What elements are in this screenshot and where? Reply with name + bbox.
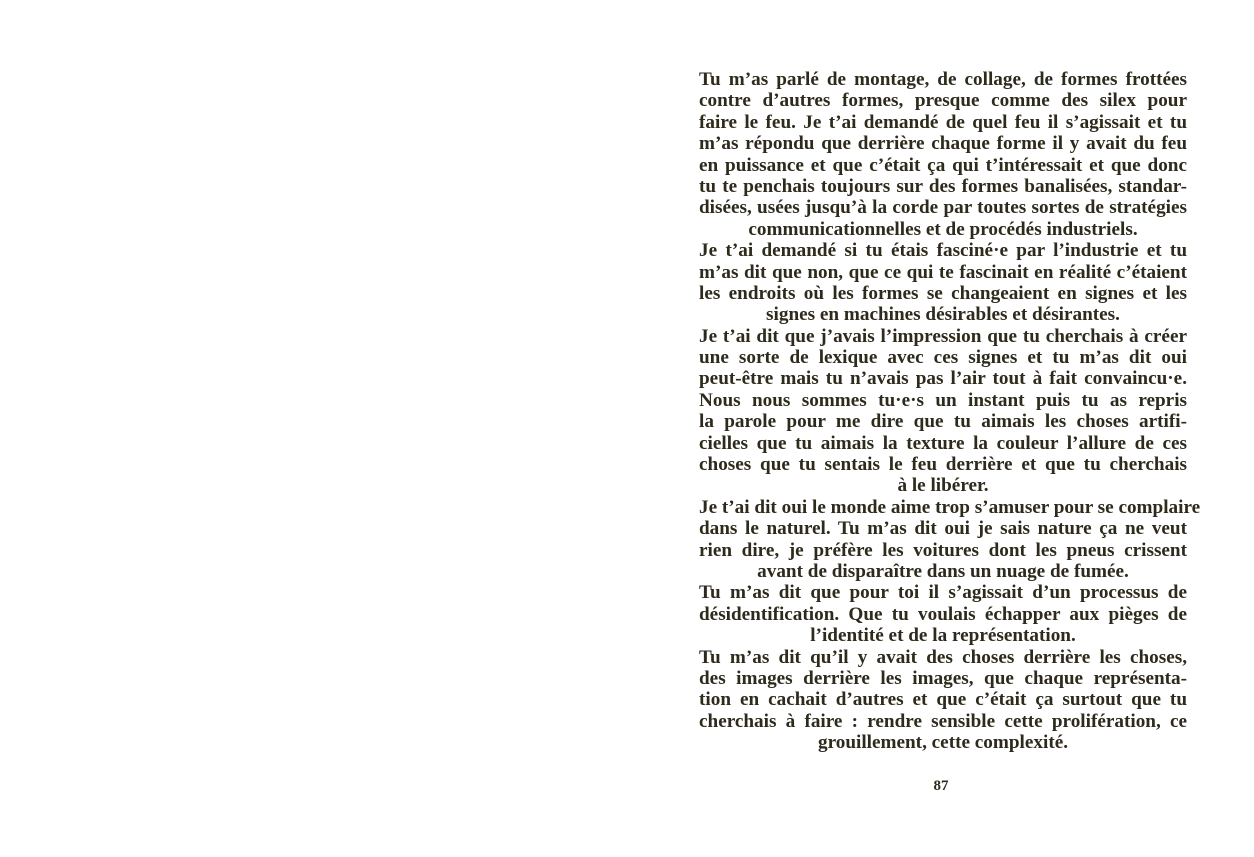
text-line: Je t’ai dit que j’avais l’impression que… [699, 326, 1187, 347]
text-line: l’identité et de la représentation. [699, 625, 1187, 646]
text-line: dans le naturel. Tu m’as dit oui je sais… [699, 518, 1187, 539]
text-line: faire le feu. Je t’ai demandé de quel fe… [699, 112, 1187, 133]
text-line: Je t’ai dit oui le monde aime trop s’amu… [699, 497, 1187, 518]
text-line: grouillement, cette complexité. [699, 732, 1187, 753]
text-line: tion en cachait d’autres et que c’était … [699, 689, 1187, 710]
text-line: choses que tu sentais le feu derrière et… [699, 454, 1187, 475]
text-line: m’as répondu que derrière chaque forme i… [699, 133, 1187, 154]
text-line: Je t’ai demandé si tu étais fasciné·e pa… [699, 240, 1187, 261]
body-text: Tu m’as parlé de montage, de collage, de… [699, 69, 1187, 754]
text-line: cielles que tu aimais la texture la coul… [699, 433, 1187, 454]
text-line: Nous nous sommes tu·e·s un instant puis … [699, 390, 1187, 411]
page-number: 87 [900, 778, 982, 795]
text-line: tu te penchais toujours sur des formes b… [699, 176, 1187, 197]
text-line: m’as dit que non, que ce qui te fascinai… [699, 262, 1187, 283]
text-line: en puissance et que c’était ça qui t’int… [699, 155, 1187, 176]
text-line: Tu m’as parlé de montage, de collage, de… [699, 69, 1187, 90]
text-line: signes en machines désirables et désiran… [699, 304, 1187, 325]
text-line: Tu m’as dit que pour toi il s’agissait d… [699, 582, 1187, 603]
text-line: rien dire, je préfère les voitures dont … [699, 540, 1187, 561]
text-line: Tu m’as dit qu’il y avait des choses der… [699, 647, 1187, 668]
text-line: désidentification. Que tu voulais échapp… [699, 604, 1187, 625]
text-line: avant de disparaître dans un nuage de fu… [699, 561, 1187, 582]
text-line: communicationnelles et de procédés indus… [699, 219, 1187, 240]
text-line: les endroits où les formes se changeaien… [699, 283, 1187, 304]
text-line: la parole pour me dire que tu aimais les… [699, 411, 1187, 432]
text-line: peut-être mais tu n’avais pas l’air tout… [699, 368, 1187, 389]
text-line: contre d’autres formes, presque comme de… [699, 90, 1187, 111]
book-page: Tu m’as parlé de montage, de collage, de… [0, 0, 1254, 857]
text-line: cherchais à faire : rendre sensible cett… [699, 711, 1187, 732]
text-line: à le libérer. [699, 475, 1187, 496]
text-line: disées, usées jusqu’à la corde par toute… [699, 197, 1187, 218]
text-line: une sorte de lexique avec ces signes et … [699, 347, 1187, 368]
text-line: des images derrière les images, que chaq… [699, 668, 1187, 689]
